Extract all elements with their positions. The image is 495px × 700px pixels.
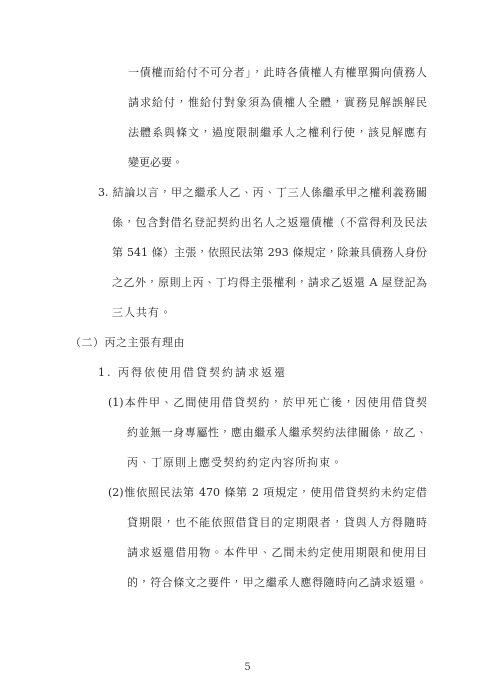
text-line: 法體系與條文，過度限制繼承人之權利行使，該見解應有 bbox=[128, 118, 427, 148]
text-line: 係，包含對借名登記契約出名人之返還債權（不當得利及民法 bbox=[112, 208, 427, 238]
text-line: 三人共有。 bbox=[112, 298, 495, 328]
sub-item-2: (2)惟依照民法第 470 條第 2 項規定，使用借貸契約未約定借 bbox=[108, 478, 427, 508]
sub-item-1: (1)本件甲、乙間使用借貸契約，於甲死亡後，因使用借貸契 bbox=[108, 388, 427, 418]
text-line: 變更必要。 bbox=[128, 148, 495, 178]
text-line: 貸期限，也不能依照借貸目的定期限者，貸與人方得隨時 bbox=[127, 508, 427, 538]
document-page: 一債權而給付不可分者」，此時各債權人有權單獨向債務人 請求給付，惟給付對象須為債… bbox=[0, 0, 495, 700]
list-item-1: 1. 丙得依使用借貸契約請求返還 bbox=[98, 358, 495, 388]
text-line: 一債權而給付不可分者」，此時各債權人有權單獨向債務人 bbox=[128, 58, 427, 88]
text-line: 請求返還借用物。本件甲、乙間未約定使用期限和使用目 bbox=[127, 538, 427, 568]
text-line: 請求給付，惟給付對象須為債權人全體，實務見解誤解民 bbox=[128, 88, 427, 118]
text-line: 丙、丁原則上應受契約約定內容所拘束。 bbox=[127, 448, 495, 478]
text-line: 之乙外，原則上丙、丁均得主張權利，請求乙返還 A 屋登記為 bbox=[112, 268, 427, 298]
text-line: 第 541 條）主張，依照民法第 293 條規定，除兼具債務人身份 bbox=[112, 238, 427, 268]
page-number: 5 bbox=[0, 662, 495, 673]
list-item-3: 3. 結論以言，甲之繼承人乙、丙、丁三人係繼承甲之權利義務關 bbox=[98, 178, 427, 208]
document-text-body: 一債權而給付不可分者」，此時各債權人有權單獨向債務人 請求給付，惟給付對象須為債… bbox=[0, 58, 495, 598]
text-line: 約並無一身專屬性，應由繼承人繼承契約法律關係，故乙、 bbox=[127, 418, 427, 448]
section-heading-2: （二）丙之主張有理由 bbox=[70, 328, 495, 358]
text-line: 的，符合條文之要件，甲之繼承人應得隨時向乙請求返還。 bbox=[127, 568, 427, 598]
